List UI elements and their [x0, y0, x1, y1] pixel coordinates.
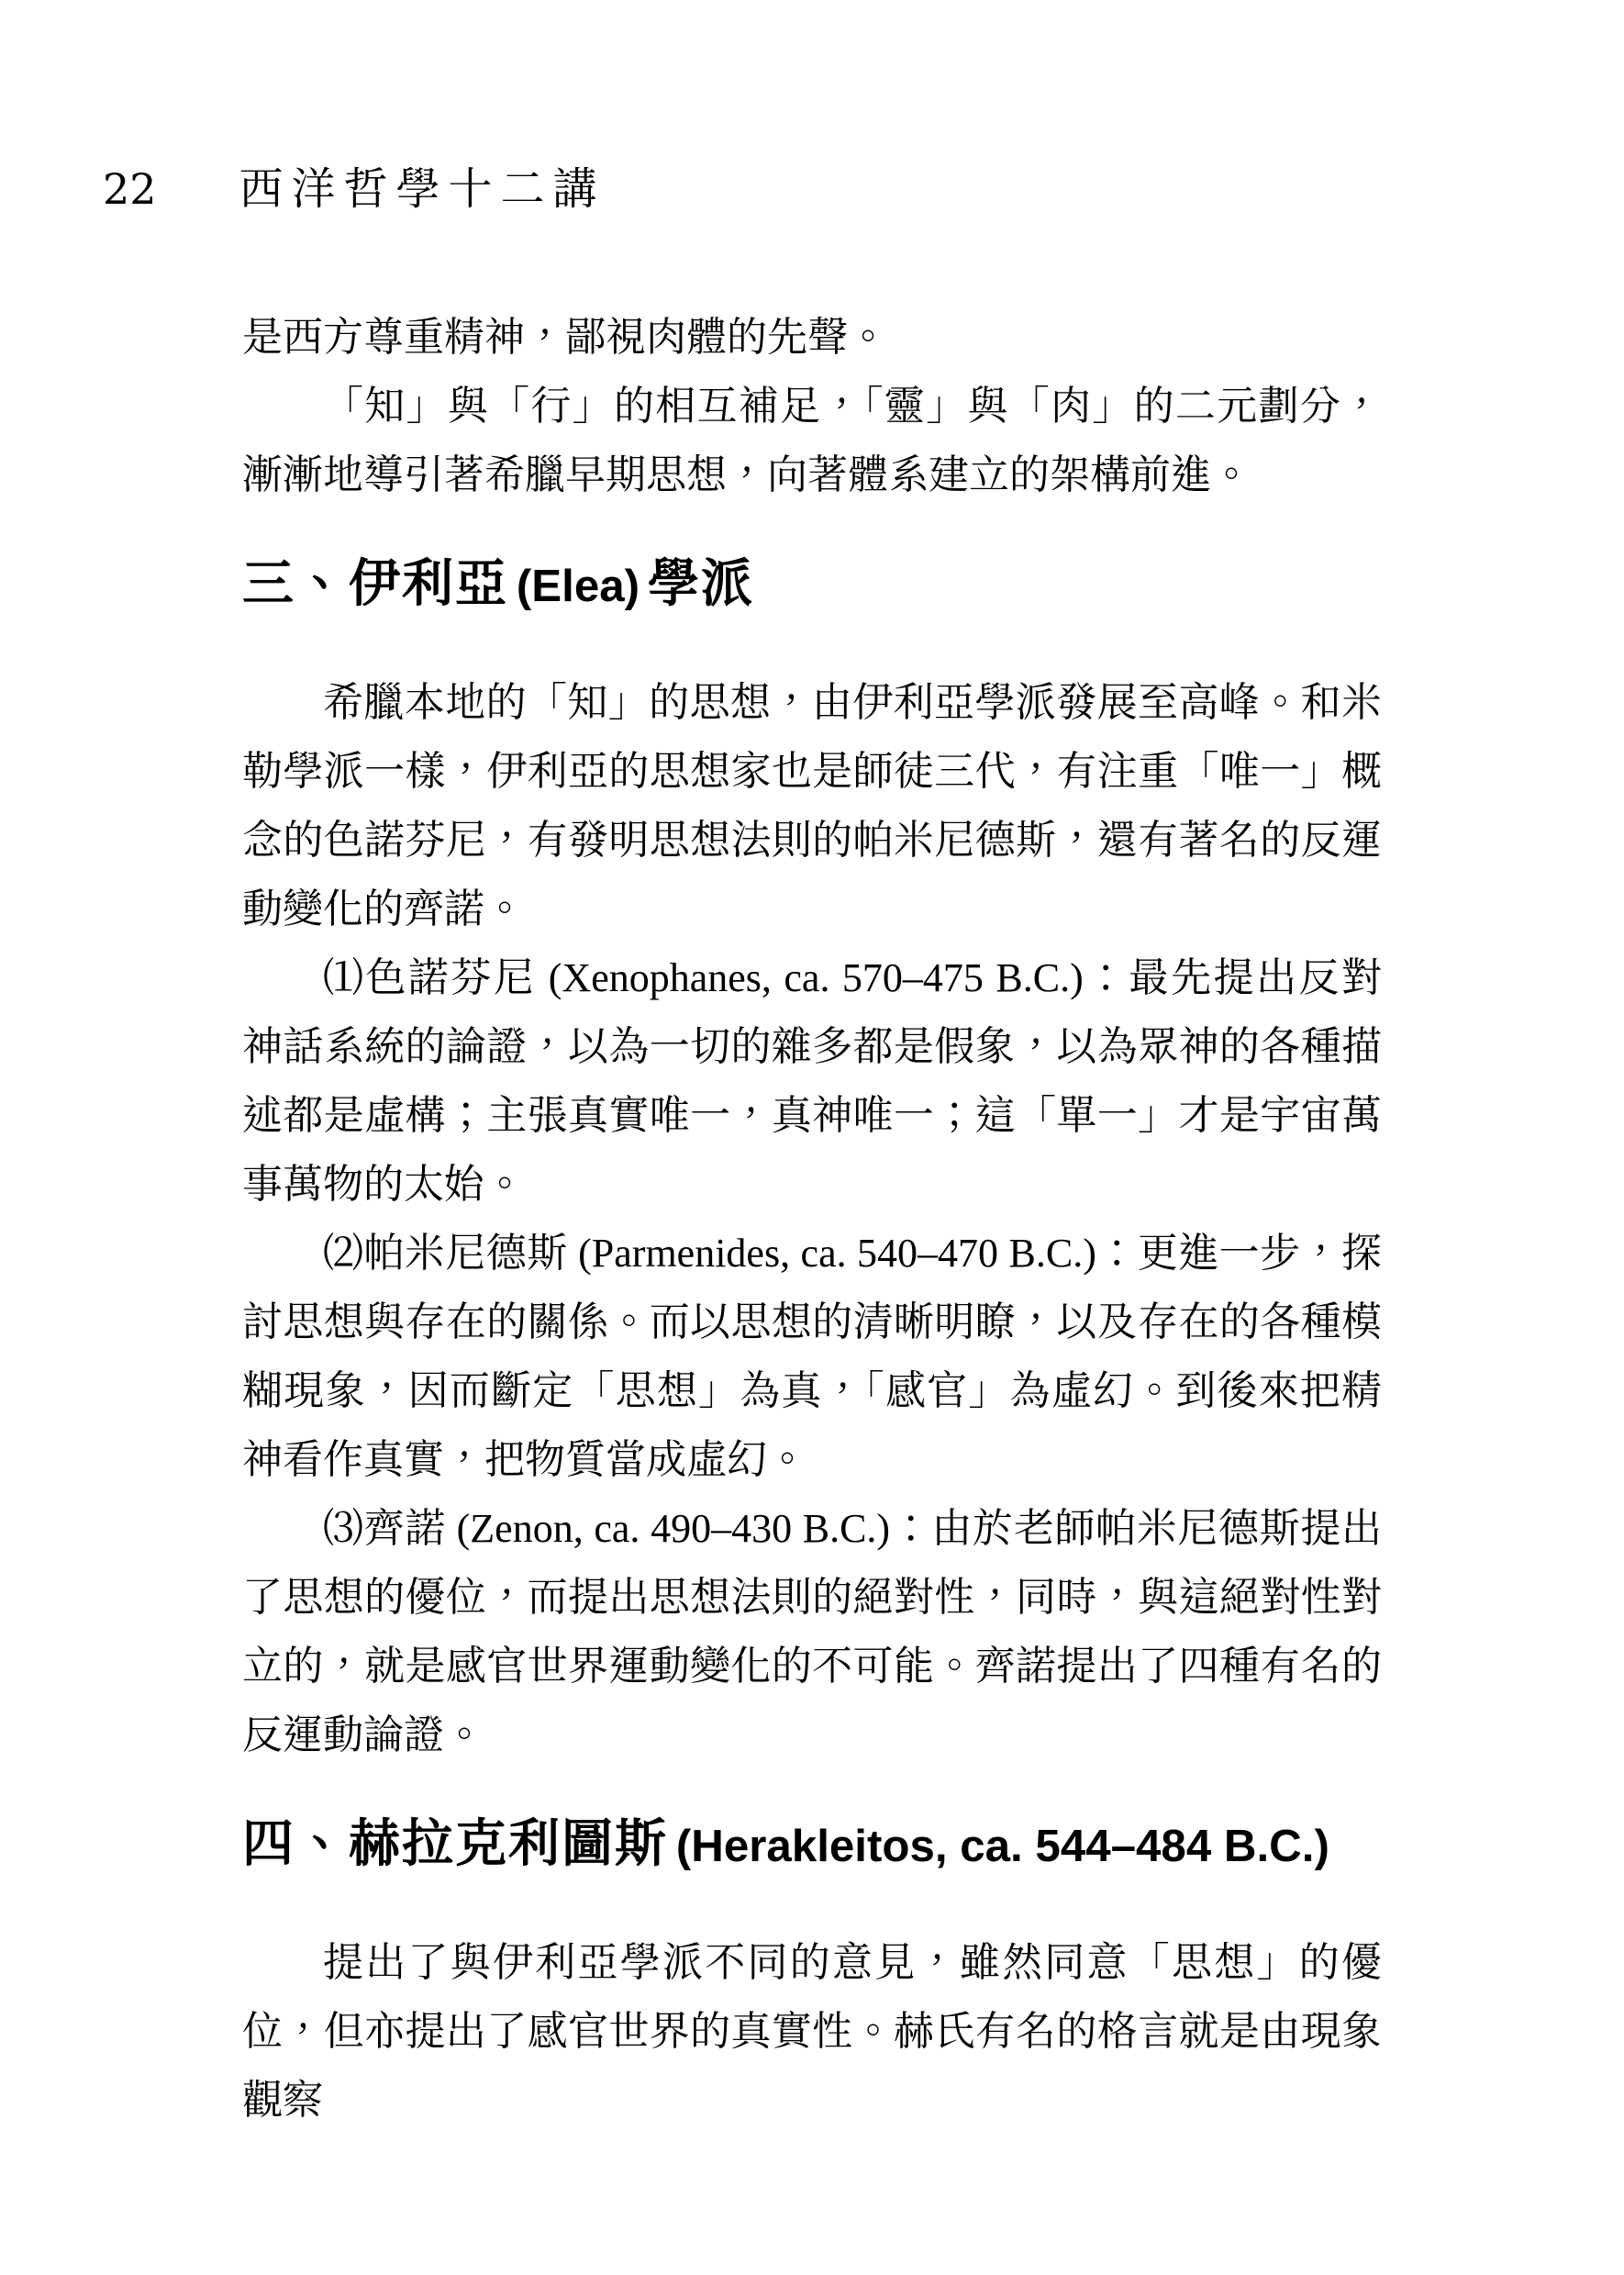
book-title: 西洋哲學十二講	[239, 167, 606, 211]
heading-text-latin: (Herakleitos, ca. 544–484 B.C.)	[676, 1821, 1329, 1871]
heading-text-cjk: 學派	[648, 554, 754, 612]
section-heading-elea: 三、伊利亞(Elea)學派	[242, 552, 1382, 619]
paragraph-parmenides: ⑵帕米尼德斯 (Parmenides, ca. 540–470 B.C.)：更進…	[242, 1219, 1382, 1494]
page-number: 22	[103, 168, 157, 210]
heading-text-latin: (Elea)	[517, 561, 640, 611]
paragraph-xenophanes: ⑴色諾芬尼 (Xenophanes, ca. 570–475 B.C.)：最先提…	[242, 943, 1382, 1219]
page-content: 是西方尊重精神，鄙視肉體的先聲。 「知」與「行」的相互補足，「靈」與「肉」的二元…	[242, 303, 1382, 2135]
paragraph-know-act-dualism: 「知」與「行」的相互補足，「靈」與「肉」的二元劃分，漸漸地導引著希臘早期思想，向…	[242, 372, 1382, 509]
heading-text-cjk: 四、赫拉克利圖斯	[242, 1814, 668, 1872]
paragraph-herakleitos-intro: 提出了與伊利亞學派不同的意見，雖然同意「思想」的優位，但亦提出了感官世界的真實性…	[242, 1928, 1382, 2135]
paragraph-elea-overview: 希臘本地的「知」的思想，由伊利亞學派發展至高峰。和米勒學派一樣，伊利亞的思想家也…	[242, 668, 1382, 943]
book-page: 22 西洋哲學十二講 是西方尊重精神，鄙視肉體的先聲。 「知」與「行」的相互補足…	[0, 0, 1624, 2275]
paragraph-intro-continuation: 是西方尊重精神，鄙視肉體的先聲。	[242, 303, 1382, 372]
running-header: 22 西洋哲學十二講	[103, 167, 606, 211]
paragraph-zenon: ⑶齊諾 (Zenon, ca. 490–430 B.C.)：由於老師帕米尼德斯提…	[242, 1494, 1382, 1769]
section-heading-herakleitos: 四、赫拉克利圖斯(Herakleitos, ca. 544–484 B.C.)	[242, 1812, 1382, 1879]
heading-text-cjk: 三、伊利亞	[242, 554, 508, 612]
